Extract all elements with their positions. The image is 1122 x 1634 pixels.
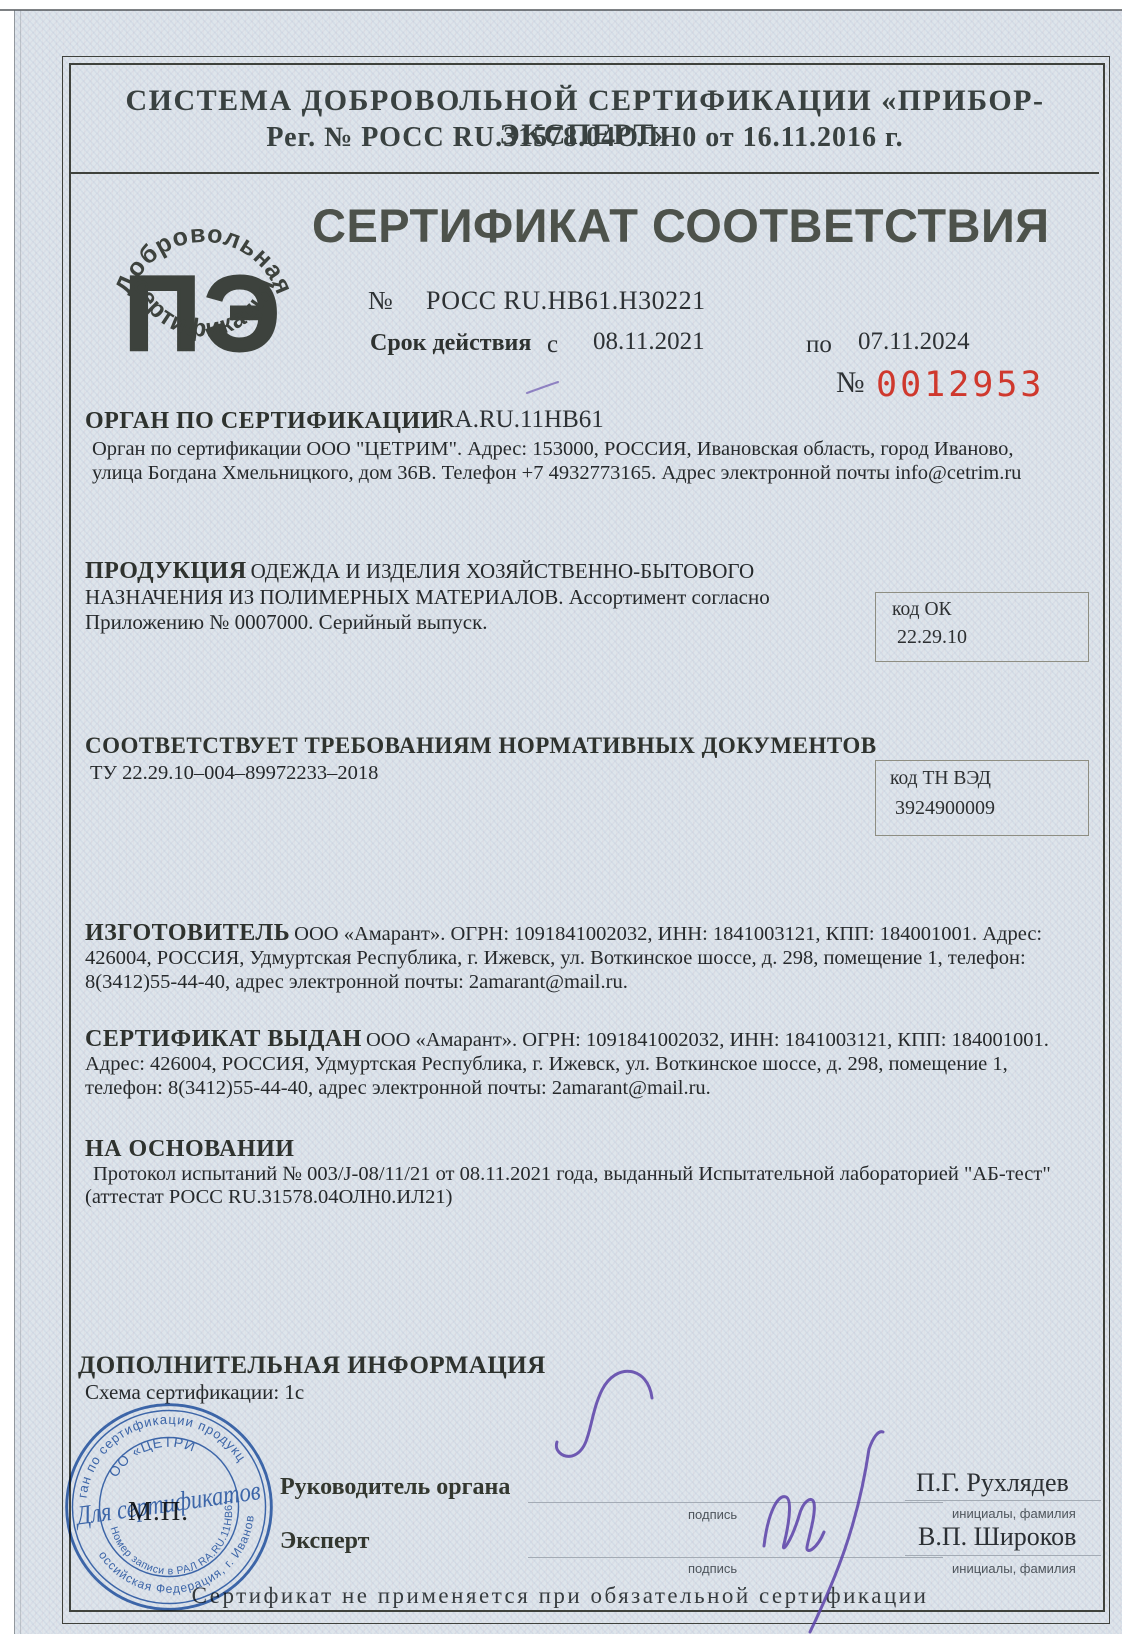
tnved-code-label: код ТН ВЭД xyxy=(890,768,991,790)
form-number-value: 0012953 xyxy=(876,365,1045,405)
basis-heading: НА ОСНОВАНИИ xyxy=(85,1136,294,1163)
certification-stamp-icon: Орган по сертификации продукции ООО «ЦЕТ… xyxy=(58,1396,280,1618)
ok-code-value: 22.29.10 xyxy=(897,626,967,649)
ok-code-label: код ОК xyxy=(892,599,952,621)
issued-to-heading: СЕРТИФИКАТ ВЫДАН xyxy=(85,1026,362,1052)
scan-edge-left-2 xyxy=(20,10,21,1634)
signature-role-head: Руководитель органа xyxy=(280,1474,510,1501)
signature-caption-head: подпись xyxy=(688,1507,737,1522)
validity-from-date: 08.11.2021 xyxy=(593,328,705,356)
basis-line1: Протокол испытаний № 003/J-08/11/21 от 0… xyxy=(93,1163,1061,1187)
additional-heading: ДОПОЛНИТЕЛЬНАЯ ИНФОРМАЦИЯ xyxy=(78,1352,546,1380)
conformity-heading: СООТВЕТСТВУЕТ ТРЕБОВАНИЯМ НОРМАТИВНЫХ ДО… xyxy=(85,733,877,759)
certificate-page: СИСТЕМА ДОБРОВОЛЬНОЙ СЕРТИФИКАЦИИ «ПРИБО… xyxy=(0,0,1122,1634)
header-separator-line xyxy=(71,172,1099,174)
cert-number-value: РОСС RU.НВ61.Н30221 xyxy=(426,286,706,316)
organ-heading: ОРГАН ПО СЕРТИФИКАЦИИ xyxy=(85,408,440,435)
issued-to-section: СЕРТИФИКАТ ВЫДАН ООО «Амарант». ОГРН: 10… xyxy=(85,1026,1077,1100)
signature-name-expert: В.П. Широков xyxy=(918,1522,1076,1552)
tnved-code-value: 3924900009 xyxy=(895,797,995,820)
conformity-text: ТУ 22.29.10–004–89972233–2018 xyxy=(90,762,378,786)
product-heading: ПРОДУКЦИЯ xyxy=(85,558,247,584)
validity-to-label: по xyxy=(806,331,832,359)
signature-caption-expert: подпись xyxy=(688,1561,737,1576)
validity-to-date: 07.11.2024 xyxy=(858,328,970,356)
signature-name-caption-head: инициалы, фамилия xyxy=(952,1506,1076,1521)
document-title: СЕРТИФИКАТ СООТВЕТСТВИЯ xyxy=(312,198,1050,253)
validity-label: Срок действия xyxy=(370,330,531,357)
scan-edge-top xyxy=(0,9,1122,11)
signature-name-line-expert xyxy=(905,1555,1101,1556)
signature-role-expert: Эксперт xyxy=(280,1528,369,1555)
manufacturer-section: ИЗГОТОВИТЕЛЬ ООО «Амарант». ОГРН: 109184… xyxy=(85,920,1077,994)
cert-number-label: № xyxy=(368,286,393,316)
organ-code: RA.RU.11НВ61 xyxy=(438,406,604,434)
validity-from-label: с xyxy=(547,331,558,359)
signature-name-line-head xyxy=(905,1500,1101,1501)
form-number-label: № xyxy=(836,366,865,400)
organ-text: Орган по сертификации ООО "ЦЕТРИМ". Адре… xyxy=(92,438,1060,485)
manufacturer-heading: ИЗГОТОВИТЕЛЬ xyxy=(85,920,290,946)
signature-name-caption-expert: инициалы, фамилия xyxy=(952,1561,1076,1576)
signature-line-head xyxy=(528,1502,943,1503)
signature-line-expert xyxy=(528,1557,943,1558)
pe-logo: Добровольная ПЭ сертификация xyxy=(98,200,310,396)
scan-edge-left xyxy=(14,10,15,1634)
ok-code-box: код ОК 22.29.10 xyxy=(875,592,1089,662)
system-reg-line: Рег. № РОСС RU.31578.04ОЛН0 от 16.11.201… xyxy=(71,122,1099,154)
basis-line2: (аттестат РОСС RU.31578.04ОЛН0.ИЛ21) xyxy=(85,1186,452,1210)
tnved-code-box: код ТН ВЭД 3924900009 xyxy=(875,760,1089,836)
product-section: ПРОДУКЦИЯ ОДЕЖДА И ИЗДЕЛИЯ ХОЗЯЙСТВЕННО-… xyxy=(85,558,785,634)
signature-name-head: П.Г. Рухлядев xyxy=(916,1468,1069,1498)
